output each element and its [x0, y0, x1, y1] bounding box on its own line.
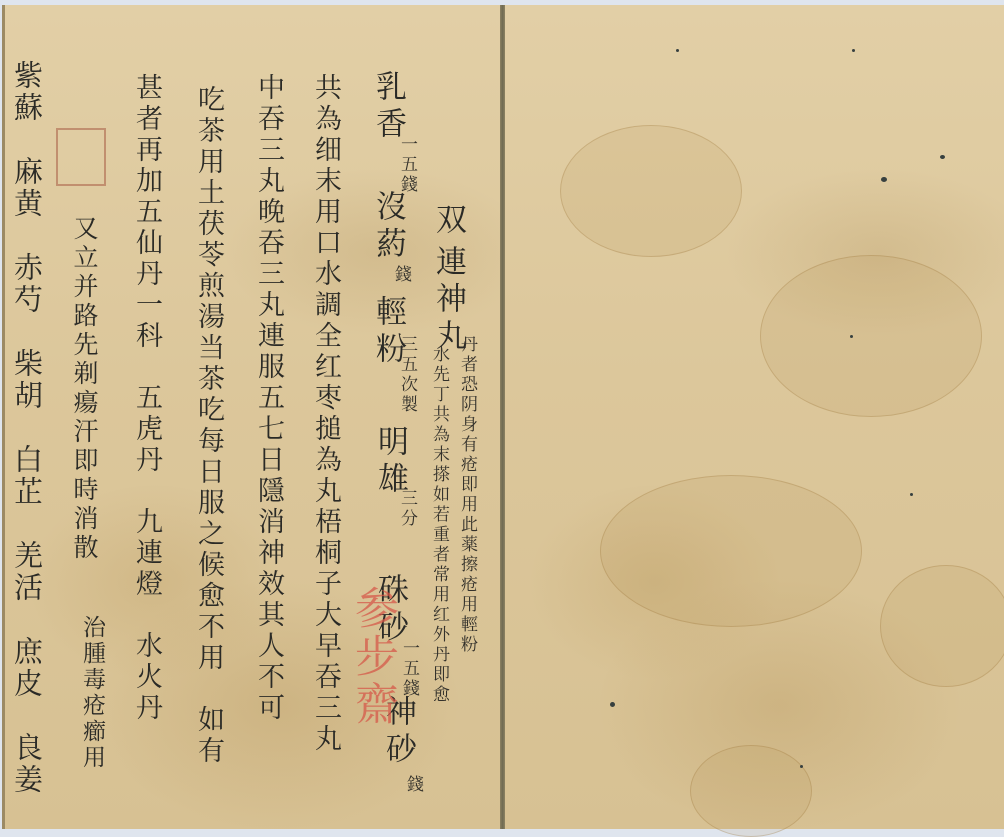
annotation-right: 丹者恐阴身有疮即用此薬擦疮用輕粉: [458, 335, 475, 655]
ink-speck: [881, 177, 887, 182]
annotation-left: 水先丁共為末搽如若重者常用红外丹即愈: [430, 345, 447, 705]
water-stain: [690, 745, 812, 829]
text-column-remedy-note: 治腫毒疮癤用: [80, 615, 103, 771]
ingredient-moyao: 沒葯: [372, 190, 403, 264]
ink-speck: [940, 155, 945, 159]
water-stain: [600, 475, 862, 627]
ink-speck: [676, 49, 679, 52]
ingredient-note: 錢: [392, 265, 409, 285]
text-column-remedy: 又立并路先剃瘍汗即時消散: [72, 215, 97, 563]
ink-speck: [800, 765, 803, 768]
manuscript-spread: 双 連神丸 丹者恐阴身有疮即用此薬擦疮用輕粉 水先丁共為末搽如若重者常用红外丹即…: [0, 5, 1004, 829]
water-stain: [880, 565, 1004, 687]
ingredient-note: 三分: [398, 489, 415, 529]
ingredient-note: 三五次製: [398, 335, 415, 415]
ingredient-ruxiang: 乳香: [372, 70, 403, 144]
ink-speck: [850, 335, 853, 338]
text-column-herbs: 紫蘇 麻黄 赤芍 柴胡 白芷 羌活 庶皮 良姜: [12, 60, 41, 796]
text-column-dosage: 中吞三丸晚吞三丸連服五七日隱消神效其人不可: [255, 73, 282, 724]
ink-speck: [852, 49, 855, 52]
water-stain: [760, 255, 982, 417]
red-seal-stamp: 参步齋: [350, 585, 394, 729]
ink-speck: [910, 493, 913, 496]
text-column-title-1: 双: [432, 203, 463, 240]
ingredient-mingxiong: 明雄: [374, 425, 405, 499]
text-column-preparation: 共為细末用口水調全红枣搥為丸梧桐子大早吞三丸: [312, 73, 339, 755]
faint-seal-outline: [56, 128, 106, 186]
text-column-diet: 吃茶用土茯苓煎湯当茶吃每日服之候愈不用 如有: [195, 85, 222, 767]
right-page-blank: [505, 5, 1004, 829]
ingredient-note: 一五錢: [400, 639, 417, 699]
ink-speck: [610, 702, 615, 707]
water-stain: [560, 125, 742, 257]
ingredient-note: 錢: [404, 775, 421, 795]
ingredient-note: 一五錢: [398, 135, 415, 195]
text-column-additions: 甚者再加五仙丹一科 五虎丹 九連燈 水火丹: [133, 73, 160, 724]
